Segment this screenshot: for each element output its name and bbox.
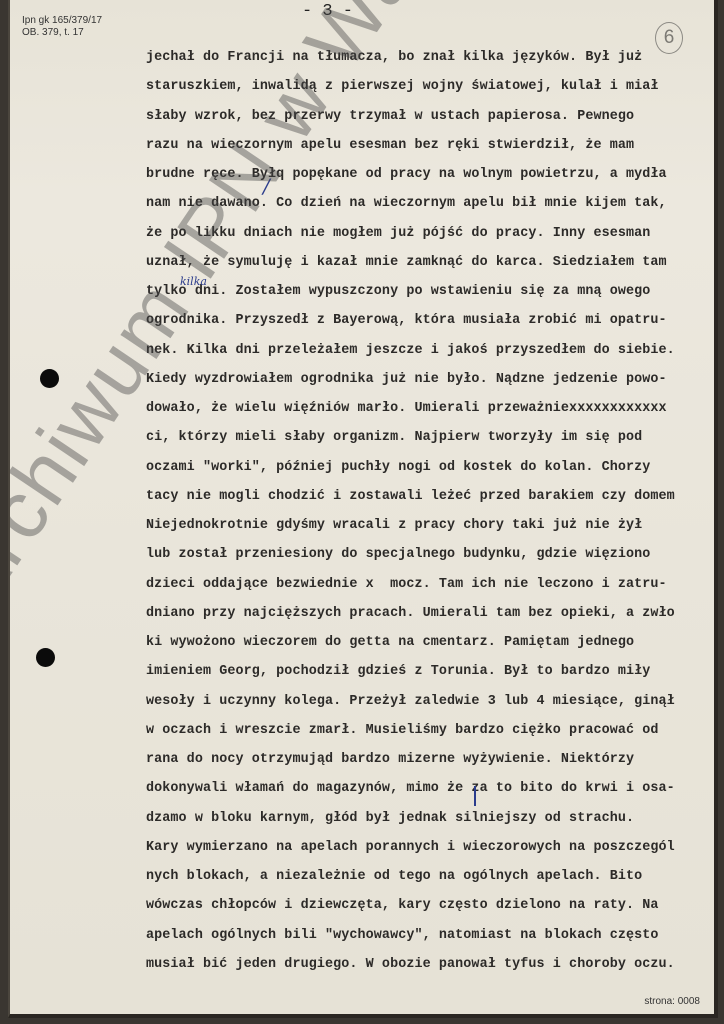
text-line: dzamo w bloku karnym, głód był jednak si… xyxy=(146,809,718,838)
text-line: dowało, że wielu więźniów marło. Umieral… xyxy=(146,399,718,428)
text-line: apelach ogólnych bili "wychowawcy", nato… xyxy=(146,926,718,955)
text-line: tylko dni. Zostałem wypuszczony po wstaw… xyxy=(146,282,718,311)
text-line: oczami "worki", później puchły nogi od k… xyxy=(146,458,718,487)
text-line: razu na wieczornym apelu esesman bez ręk… xyxy=(146,136,718,165)
text-line: uznał, że symuluję i kazał mnie zamknąć … xyxy=(146,253,718,282)
text-line: staruszkiem, inwalidą z pierwszej wojny … xyxy=(146,77,718,106)
page-counter: strona: 0008 xyxy=(644,996,700,1007)
punch-hole xyxy=(40,369,59,388)
text-line: dniano przy najcięższych pracach. Umiera… xyxy=(146,604,718,633)
text-line: dzieci oddające bezwiednie x mocz. Tam i… xyxy=(146,575,718,604)
text-line: Niejednokrotnie gdyśmy wracali z pracy c… xyxy=(146,516,718,545)
text-line: imieniem Georg, pochodził gdzieś z Torun… xyxy=(146,662,718,691)
typed-body-text: jechał do Francji na tłumacza, bo znał k… xyxy=(146,48,718,984)
page-number: - 3 - xyxy=(302,2,353,21)
text-line: ki wywożono wieczorem do getta na cmenta… xyxy=(146,633,718,662)
signature-line-2: OB. 379, t. 17 xyxy=(22,27,102,39)
archive-signature: Ipn gk 165/379/17 OB. 379, t. 17 xyxy=(22,15,102,39)
handwritten-correction-mark: / xyxy=(263,174,270,198)
text-line: tacy nie mogli chodzić i zostawali leżeć… xyxy=(146,487,718,516)
text-line: Kary wymierzano na apelach porannych i w… xyxy=(146,838,718,867)
document-page: Ipn gk 165/379/17 OB. 379, t. 17 - 3 - 6… xyxy=(8,0,718,1018)
text-line: musiał bić jeden drugiego. W obozie pano… xyxy=(146,955,718,984)
text-line: brudne ręce. Byłq popękane od pracy na w… xyxy=(146,165,718,194)
text-line: dokonywali włamań do magazynów, mimo że … xyxy=(146,779,718,808)
text-line: Kiedy wyzdrowiałem ogrodnika już nie był… xyxy=(146,370,718,399)
text-line: wesoły i uczynny kolega. Przeżył zaledwi… xyxy=(146,692,718,721)
handwritten-insertion: kilka xyxy=(180,275,207,288)
text-line: nam nie dawano. Co dzień na wieczornym a… xyxy=(146,194,718,223)
punch-hole xyxy=(36,648,55,667)
text-line: rana do nocy otrzymująd bardzo mizerne w… xyxy=(146,750,718,779)
text-line: jechał do Francji na tłumacza, bo znał k… xyxy=(146,48,718,77)
text-line: lub został przeniesiony do specjalnego b… xyxy=(146,545,718,574)
text-line: nych blokach, a niezależnie od tego na o… xyxy=(146,867,718,896)
text-line: ci, którzy mieli słaby organizm. Najpier… xyxy=(146,428,718,457)
text-line: ogrodnika. Przyszedł z Bayerową, która m… xyxy=(146,311,718,340)
text-line: wówczas chłopców i dziewczęta, kary częs… xyxy=(146,896,718,925)
signature-line-1: Ipn gk 165/379/17 xyxy=(22,15,102,27)
text-line: że po likku dniach nie mogłem już pójść … xyxy=(146,224,718,253)
text-line: w oczach i wreszcie zmarł. Musieliśmy ba… xyxy=(146,721,718,750)
text-line: słaby wzrok, bez przerwy trzymał w ustac… xyxy=(146,107,718,136)
text-line: nek. Kilka dni przeleżałem jeszcze i jak… xyxy=(146,341,718,370)
handwritten-separator-mark xyxy=(474,786,476,806)
